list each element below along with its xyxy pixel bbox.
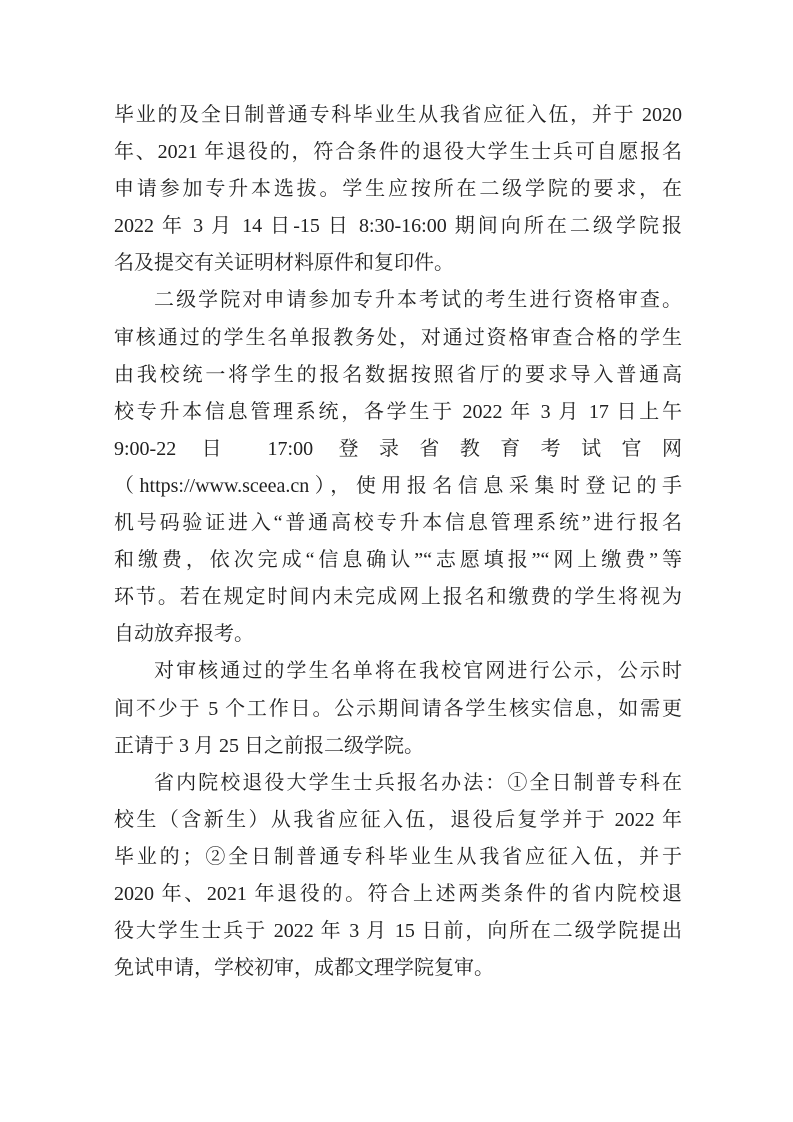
text-line: （https://www.sceea.cn），使用报名信息采集时登记的手 [114,468,682,505]
text-line: 免试申请，学校初审，成都文理学院复审。 [114,950,682,987]
text-line: 二级学院对申请参加专升本考试的考生进行资格审查。 [114,282,682,319]
text-line: 2022 年 3 月 14 日-15 日 8:30-16:00 期间向所在二级学… [114,208,682,245]
text-line: 自动放弃报考。 [114,616,682,653]
text-line: 役大学生士兵于 2022 年 3 月 15 日前，向所在二级学院提出 [114,913,682,950]
text-line: 省内院校退役大学生士兵报名办法：①全日制普专科在 [114,765,682,802]
text-line: 申请参加专升本选拔。学生应按所在二级学院的要求，在 [114,171,682,208]
text-line: 由我校统一将学生的报名数据按照省厅的要求导入普通高 [114,357,682,394]
text-line: 校专升本信息管理系统，各学生于 2022 年 3 月 17 日上午 [114,394,682,431]
text-block: 毕业的及全日制普通专科毕业生从我省应征入伍，并于 2020年、2021 年退役的… [114,97,682,987]
text-line: 环节。若在规定时间内未完成网上报名和缴费的学生将视为 [114,579,682,616]
text-line: 年、2021 年退役的，符合条件的退役大学生士兵可自愿报名 [114,134,682,171]
text-line: 2020 年、2021 年退役的。符合上述两类条件的省内院校退 [114,876,682,913]
text-line: 对审核通过的学生名单将在我校官网进行公示，公示时 [114,653,682,690]
text-line: 9:00-22 日 17:00 登录省教育考试官网 [114,431,682,468]
text-line: 正请于 3 月 25 日之前报二级学院。 [114,728,682,765]
text-line: 毕业的及全日制普通专科毕业生从我省应征入伍，并于 2020 [114,97,682,134]
text-line: 间不少于 5 个工作日。公示期间请各学生核实信息，如需更 [114,691,682,728]
document-page: 毕业的及全日制普通专科毕业生从我省应征入伍，并于 2020年、2021 年退役的… [0,0,793,1122]
text-line: 校生（含新生）从我省应征入伍，退役后复学并于 2022 年 [114,802,682,839]
text-line: 名及提交有关证明材料原件和复印件。 [114,245,682,282]
text-line: 毕业的；②全日制普通专科毕业生从我省应征入伍，并于 [114,839,682,876]
text-line: 和缴费，依次完成“信息确认”“志愿填报”“网上缴费”等 [114,542,682,579]
text-line: 审核通过的学生名单报教务处，对通过资格审查合格的学生 [114,320,682,357]
text-line: 机号码验证进入“普通高校专升本信息管理系统”进行报名 [114,505,682,542]
